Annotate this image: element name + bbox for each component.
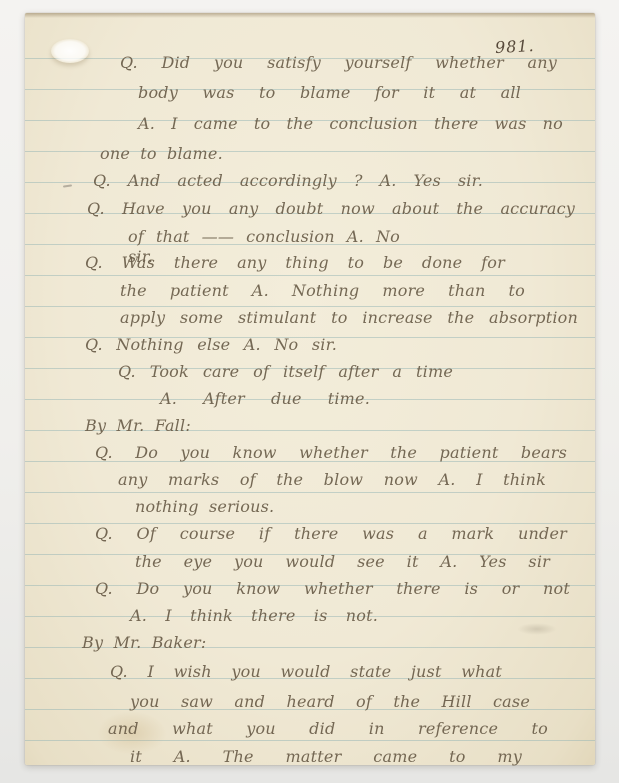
examiner-heading: By Mr. Baker:	[82, 633, 282, 653]
paper-damage-spot	[51, 39, 89, 63]
handwritten-line: Q. I wish you would state just what	[110, 662, 502, 682]
handwritten-line: A. I think there is not.	[130, 606, 378, 626]
handwritten-line: any marks of the blow now A. I think	[118, 470, 546, 490]
handwritten-line: and what you did in reference to	[108, 719, 548, 739]
manuscript-page: 981. Q. Did you satisfy yourself whether…	[25, 13, 595, 765]
handwritten-line: Q. Nothing else A. No sir.	[85, 335, 337, 355]
handwritten-line: the eye you would see it A. Yes sir	[135, 552, 550, 572]
scanned-document: 981. Q. Did you satisfy yourself whether…	[0, 0, 619, 783]
handwritten-line: Q. Do you know whether there is or not	[95, 579, 570, 599]
handwritten-line: one to blame.	[100, 144, 300, 164]
handwritten-line: Q. Have you any doubt now about the accu…	[87, 199, 575, 219]
handwritten-line: A. After due time.	[160, 389, 370, 409]
handwritten-line: Q. Was there any thing to be done for	[85, 253, 505, 273]
handwritten-line: apply some stimulant to increase the abs…	[120, 308, 578, 328]
handwritten-line: body was to blame for it at all	[138, 83, 521, 103]
handwritten-line: Q. And acted accordingly ? A. Yes sir.	[93, 171, 483, 191]
examiner-heading: By Mr. Fall:	[85, 416, 285, 436]
handwritten-line: Q. Took care of itself after a time	[118, 362, 453, 382]
handwritten-line: Q. Did you satisfy yourself whether any	[120, 53, 557, 73]
handwritten-line: Q. Of course if there was a mark under	[95, 524, 567, 544]
handwritten-line: it A. The matter came to my	[130, 747, 522, 767]
handwritten-line: Q. Do you know whether the patient bears	[95, 443, 567, 463]
handwritten-line: you saw and heard of the Hill case	[130, 692, 530, 712]
paper-top-edge	[25, 13, 595, 18]
handwritten-line: the patient A. Nothing more than to	[120, 281, 525, 301]
paper-smudge	[517, 623, 557, 635]
handwritten-line: nothing serious.	[135, 497, 335, 517]
handwritten-line: A. I came to the conclusion there was no	[138, 114, 563, 134]
